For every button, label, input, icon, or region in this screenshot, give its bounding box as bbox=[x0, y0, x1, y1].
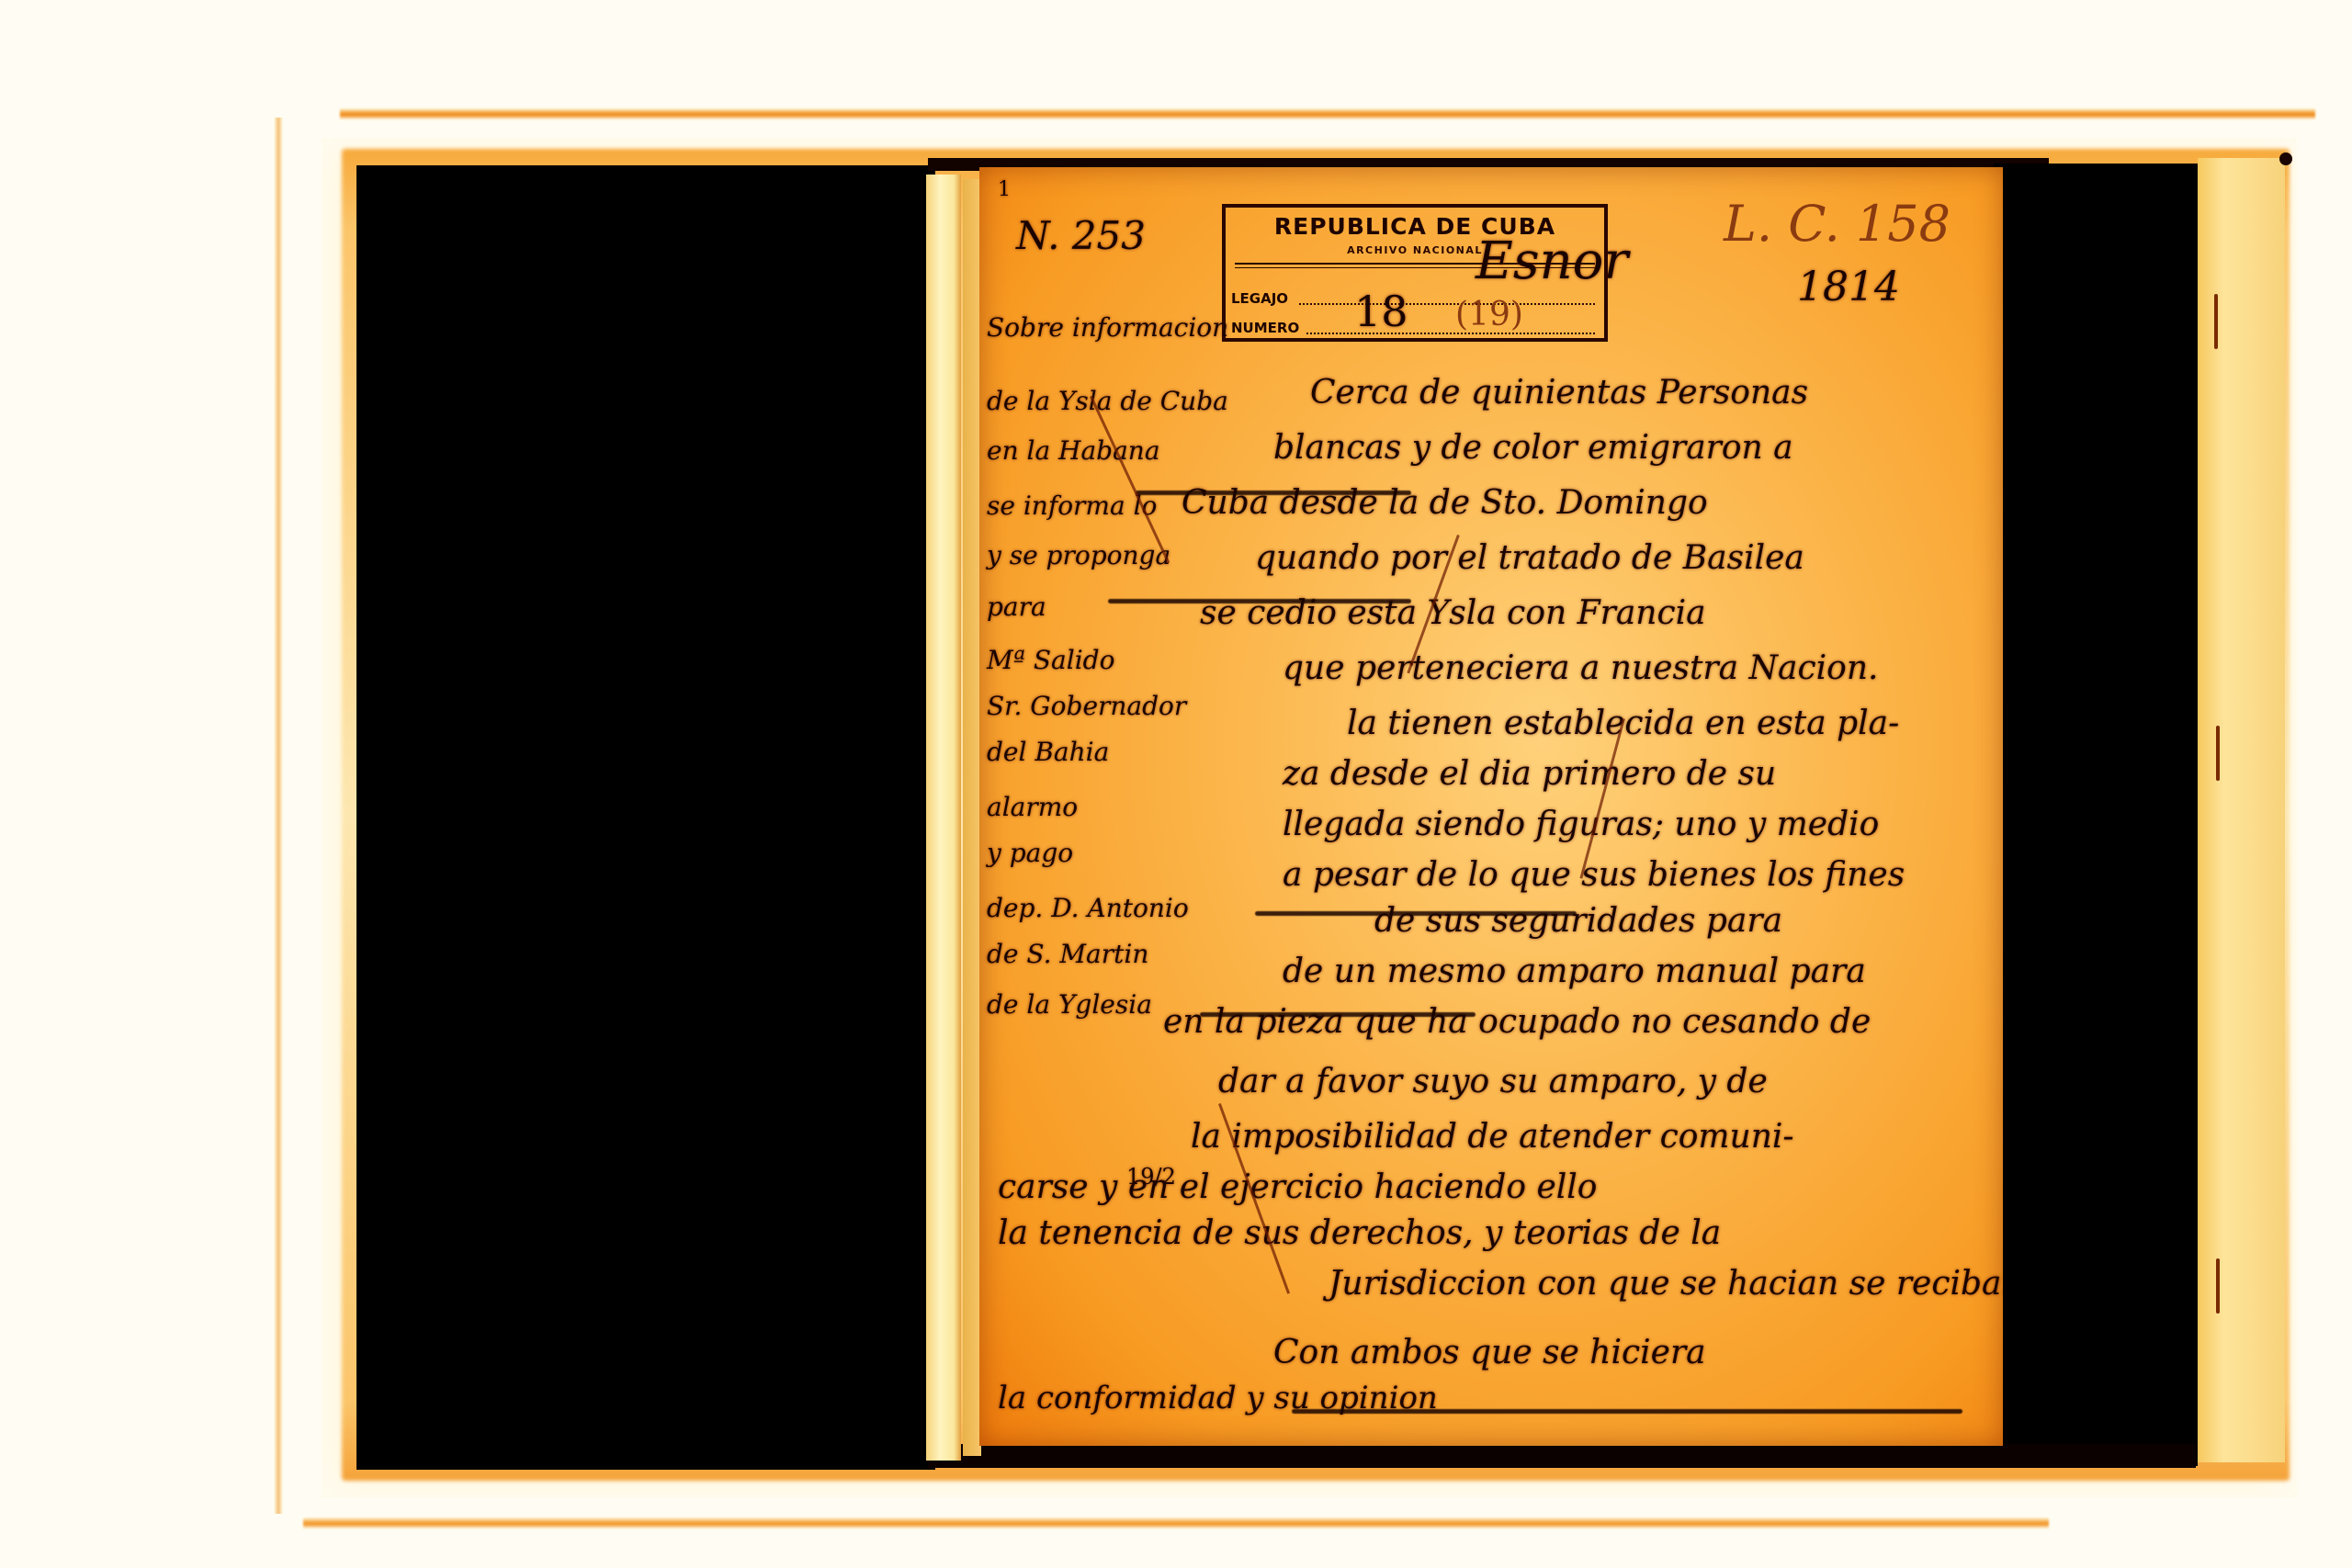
strikethrough bbox=[1255, 911, 1577, 916]
manuscript-page: 1 N. 253 REPUBLICA DE CUBA ARCHIVO NACIO… bbox=[979, 167, 2003, 1446]
stamp-legajo-label: LEGAJO bbox=[1231, 290, 1288, 307]
margin-note: y pago bbox=[987, 838, 1073, 868]
body-line: blancas y de color emigraron a bbox=[1273, 429, 1793, 467]
strikethrough bbox=[1200, 1012, 1476, 1017]
body-line: de sus seguridades para bbox=[1374, 902, 1782, 940]
body-line: la tenencia de sus derechos, y teorias d… bbox=[998, 1214, 1721, 1252]
body-line: carse y en el ejercicio haciendo ello bbox=[998, 1168, 1597, 1206]
margin-note: dep. D. Antonio bbox=[987, 893, 1189, 923]
margin-note: alarmo bbox=[987, 792, 1078, 822]
film-edge-top bbox=[340, 108, 2315, 119]
margin-note: de la Yglesia bbox=[987, 989, 1152, 1020]
corner-dot bbox=[2279, 152, 2292, 165]
body-line: de un mesmo amparo manual para bbox=[1283, 953, 1866, 990]
shadow-bottom bbox=[928, 1444, 2196, 1468]
margin-note: del Bahia bbox=[987, 737, 1109, 767]
body-line: Jurisdiccion con que se hacian se reciba… bbox=[1329, 1265, 2003, 1303]
margin-note: Mª Salido bbox=[987, 645, 1114, 675]
right-flap bbox=[2198, 158, 2285, 1462]
film-edge-left bbox=[274, 118, 283, 1514]
stamp-numero-alt: (19) bbox=[1455, 296, 1523, 333]
strikethrough bbox=[1292, 1409, 1962, 1414]
body-line: quando por el tratado de Basilea bbox=[1255, 539, 1804, 577]
flap-mark bbox=[2216, 1258, 2220, 1314]
body-line: Cerca de quinientas Personas bbox=[1310, 374, 1808, 412]
stamp-numero-line bbox=[1306, 333, 1595, 334]
body-line: a pesar de lo que sus bienes los fines bbox=[1283, 856, 1905, 894]
body-line: en la pieza que ha ocupado no cesando de bbox=[1163, 1003, 1871, 1041]
stamp-numero-label: NUMERO bbox=[1231, 320, 1299, 336]
strikethrough bbox=[1136, 491, 1411, 495]
body-line: la imposibilidad de atender comuni- bbox=[1191, 1118, 1794, 1156]
body-line: za desde el dia primero de su bbox=[1283, 755, 1776, 793]
margin-note: Sobre informacion bbox=[987, 312, 1228, 343]
blank-left-area bbox=[356, 165, 935, 1470]
flap-mark bbox=[2214, 294, 2218, 349]
strikethrough bbox=[1108, 599, 1411, 604]
body-line: dar a favor suyo su amparo, y de bbox=[1218, 1063, 1768, 1100]
folio-mark: N. 253 bbox=[1016, 213, 1146, 258]
stamp-numero-value: 18 bbox=[1354, 287, 1408, 336]
page-number: 1 bbox=[998, 178, 1011, 201]
body-line: Con ambos que se hiciera bbox=[1273, 1334, 1706, 1371]
header-word: Esnor bbox=[1476, 231, 1628, 291]
margin-note: para bbox=[987, 592, 1046, 622]
binding-inner bbox=[963, 179, 981, 1456]
margin-note: de la Ysla de Cuba bbox=[987, 386, 1228, 416]
reference-code: L. C. 158 bbox=[1724, 195, 1951, 253]
margin-note: en la Habana bbox=[987, 435, 1160, 466]
year: 1814 bbox=[1797, 264, 1900, 310]
stamp-legajo-line bbox=[1299, 303, 1595, 305]
pen-stroke bbox=[1579, 718, 1624, 879]
body-line: llegada siendo figuras; uno y medio bbox=[1283, 806, 1879, 843]
margin-note: Sr. Gobernador bbox=[987, 691, 1186, 721]
margin-note: se informa lo bbox=[987, 491, 1157, 521]
pen-stroke bbox=[1090, 396, 1170, 564]
binding-strip bbox=[926, 175, 961, 1461]
blank-right-area bbox=[1994, 164, 2198, 1466]
film-edge-bottom bbox=[303, 1517, 2049, 1529]
margin-note: de S. Martin bbox=[987, 939, 1148, 969]
flap-mark bbox=[2216, 726, 2220, 781]
fraction-mark: 19/2 bbox=[1126, 1164, 1176, 1190]
body-line: que perteneciera a nuestra Nacion. bbox=[1283, 649, 1878, 687]
margin-note: y se proponga bbox=[987, 540, 1170, 570]
